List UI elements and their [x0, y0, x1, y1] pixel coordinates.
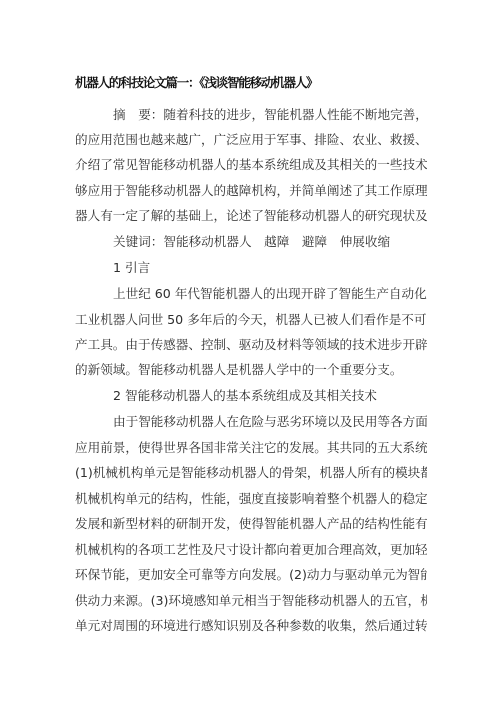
keywords: 关键词：智能移动机器人 越障 避障 伸展收缩: [113, 233, 427, 251]
paragraph-line: 上世纪 60 年代智能机器人的出现开辟了智能生产自动化的新时代。在: [113, 285, 427, 303]
paragraph-line: 由于智能移动机器人在危险与恶劣环境以及民用等各方面具有广阔的: [113, 413, 427, 431]
paragraph-line: 发展和新型材料的研制开发，使得智能机器人产品的结构性能有了很大提高，: [75, 515, 427, 533]
paragraph-line: 环保节能，更加安全可靠等方向发展。(2)动力与驱动单元为智能移动机器人提: [75, 566, 427, 584]
section-heading: 1 引言: [113, 259, 427, 277]
abstract-line: 器人有一定了解的基础上，论述了智能移动机器人的研究现状及其发展动向。: [75, 207, 427, 225]
paragraph-line: 产工具。由于传感器、控制、驱动及材料等领域的技术进步开辟了机器人应用: [75, 336, 427, 354]
document-page: 机器人的科技论文篇一：《浅谈智能移动机器人》 摘 要：随着科技的进步，智能机器人…: [0, 0, 500, 707]
abstract-line: 够应用于智能移动机器人的越障机构，并简单阐述了其工作原理。在对智能机: [75, 182, 427, 200]
document-title: 机器人的科技论文篇一：《浅谈智能移动机器人》: [75, 74, 317, 92]
paragraph-line: 机械机构的各项工艺性及尺寸设计都向着更加合理高效，更加轻便美观，更加: [75, 541, 427, 559]
paragraph-line: 应用前景，使得世界各国非常关注它的发展。其共同的五大系统组成要素为：: [75, 439, 427, 457]
abstract-line: 介绍了常见智能移动机器人的基本系统组成及其相关的一些技术，提出一种能: [75, 156, 427, 174]
section-heading: 2 智能移动机器人的基本系统组成及其相关技术: [113, 387, 427, 405]
abstract-line: 摘 要：随着科技的进步，智能机器人性能不断地完善，移动机器人: [113, 106, 427, 124]
paragraph-line: 的新领域。智能移动机器人是机器人学中的一个重要分支。: [75, 361, 427, 379]
paragraph-line: 供动力来源。(3)环境感知单元相当于智能移动机器人的五官，机器人通过感知: [75, 592, 427, 610]
paragraph-line: 单元对周围的环境进行感知识别及各种参数的收集，然后通过转换成控制模块: [75, 617, 427, 635]
abstract-line: 的应用范围也越来越广，广泛应用于军事、排险、农业、救援、海洋开发等。: [75, 131, 427, 149]
paragraph-line: 工业机器人问世 50 多年后的今天，机器人已被人们看作是不可缺少的一种生: [75, 311, 427, 329]
paragraph-line: (1)机械机构单元是智能移动机器人的骨架，机器人所有的模块都依靠其支撑，: [75, 464, 427, 482]
paragraph-line: 机械机构单元的结构，性能，强度直接影响着整个机器人的稳定性。随着科技: [75, 490, 427, 508]
